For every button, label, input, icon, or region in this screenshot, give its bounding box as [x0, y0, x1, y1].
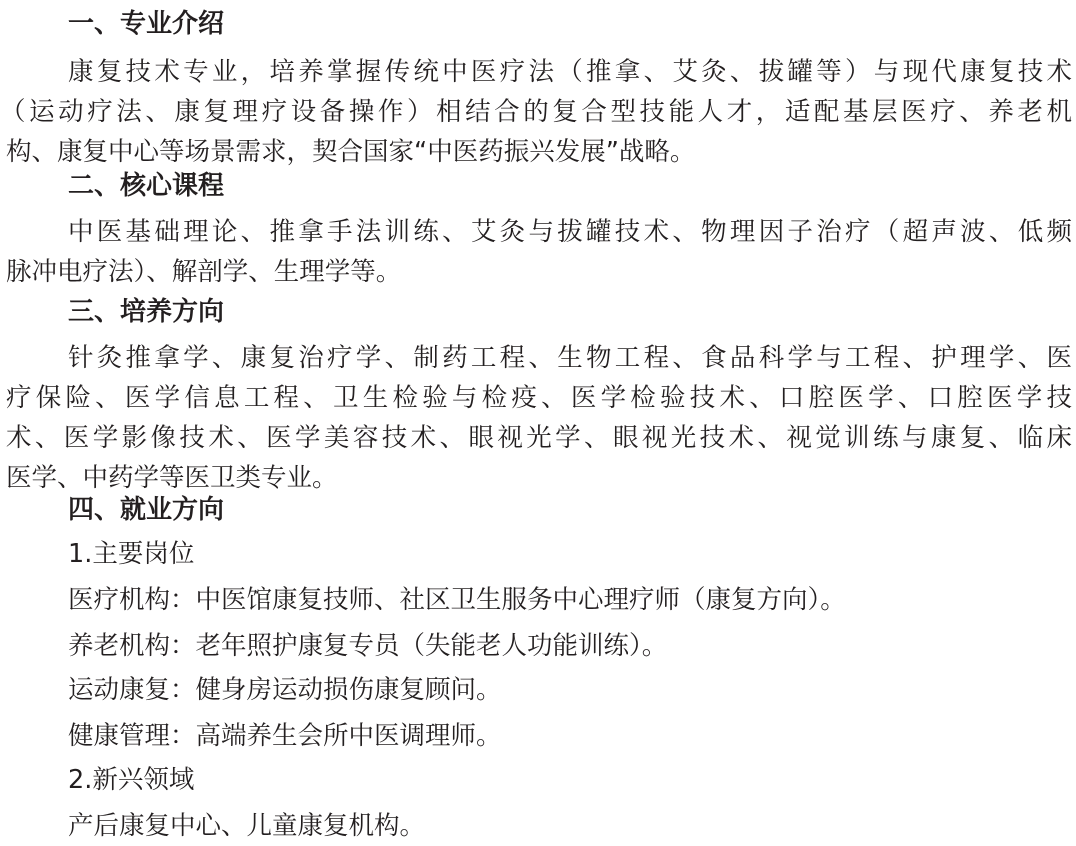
employment-item: 医疗机构：中医馆康复技师、社区卫生服务中心理疗师（康复方向）。	[68, 580, 846, 620]
paragraph-line: 康复技术专业，培养掌握传统中医疗法（推拿、艾灸、拔罐等）与现代康复技术	[6, 52, 1072, 92]
paragraph-line: 疗保险、医学信息工程、卫生检验与检疫、医学检验技术、口腔医学、口腔医学技	[6, 378, 1072, 418]
section-body-intro: 康复技术专业，培养掌握传统中医疗法（推拿、艾灸、拔罐等）与现代康复技术 （运动疗…	[6, 52, 1072, 172]
employment-item: 养老机构：老年照护康复专员（失能老人功能训练）。	[68, 626, 667, 666]
paragraph-line: （运动疗法、康复理疗设备操作）相结合的复合型技能人才，适配基层医疗、养老机	[0, 92, 1072, 132]
subsection-title-main-positions: 1.主要岗位	[68, 534, 194, 574]
paragraph-line: 中医基础理论、推拿手法训练、艾灸与拔罐技术、物理因子治疗（超声波、低频	[6, 212, 1072, 252]
section-heading-courses: 二、核心课程	[68, 166, 224, 206]
section-heading-training-direction: 三、培养方向	[68, 292, 224, 332]
section-heading-intro: 一、专业介绍	[68, 4, 224, 44]
paragraph-line: 术、医学影像技术、医学美容技术、眼视光学、眼视光技术、视觉训练与康复、临床	[6, 418, 1072, 458]
employment-item: 运动康复：健身房运动损伤康复顾问。	[68, 670, 502, 710]
section-heading-employment: 四、就业方向	[68, 490, 224, 530]
subsection-title-emerging-fields: 2.新兴领域	[68, 760, 194, 800]
paragraph-line: 脉冲电疗法）、解剖学、生理学等。	[6, 252, 1072, 292]
employment-item: 健康管理：高端养生会所中医调理师。	[68, 716, 502, 756]
paragraph-line: 针灸推拿学、康复治疗学、制药工程、生物工程、食品科学与工程、护理学、医	[6, 338, 1072, 378]
employment-item: 产后康复中心、儿童康复机构。	[68, 806, 425, 846]
section-body-training-direction: 针灸推拿学、康复治疗学、制药工程、生物工程、食品科学与工程、护理学、医 疗保险、…	[6, 338, 1072, 498]
section-body-courses: 中医基础理论、推拿手法训练、艾灸与拔罐技术、物理因子治疗（超声波、低频 脉冲电疗…	[6, 212, 1072, 292]
